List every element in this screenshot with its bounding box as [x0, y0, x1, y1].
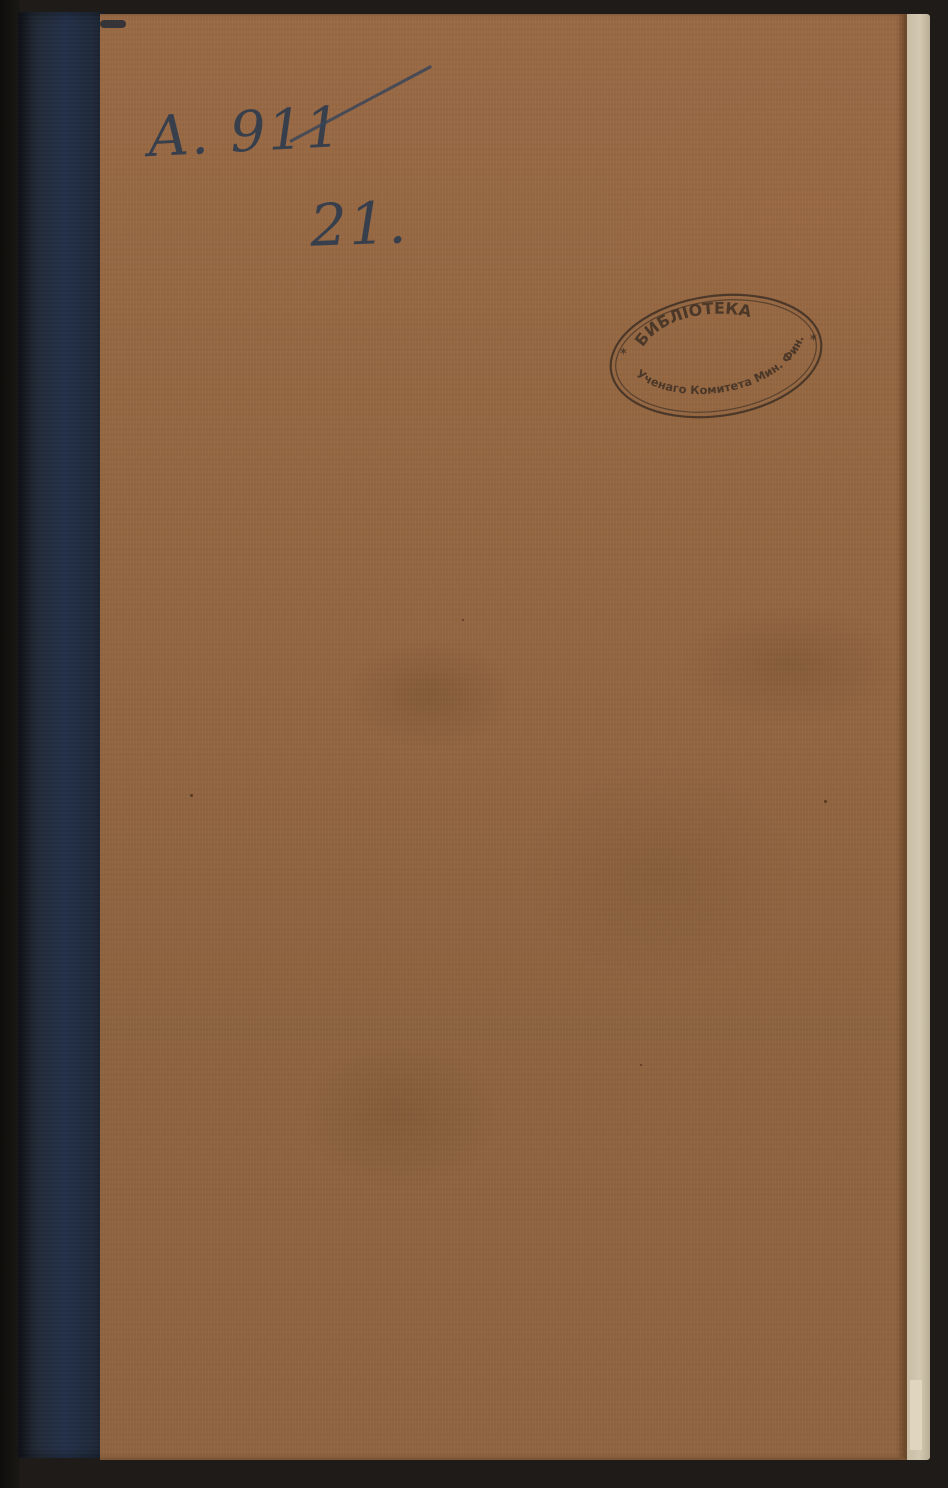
stamp-top-text: БИБЛIОТЕКА — [631, 299, 754, 350]
handwritten-call-number-bottom: 21. — [309, 188, 410, 259]
spine-cloth-overlap — [100, 20, 126, 28]
paper-speck — [190, 794, 193, 797]
library-stamp-oval-icon: БИБЛIОТЕКА Ученаго Комитета Мин. Фин. * … — [608, 292, 824, 420]
scan-background-edge — [0, 0, 20, 1488]
library-stamp: БИБЛIОТЕКА Ученаго Комитета Мин. Фин. * … — [608, 292, 824, 420]
paper-cover — [100, 14, 907, 1460]
scanned-book: A. 911 21. БИБЛIОТЕКА Ученаго Комитета М… — [0, 0, 948, 1488]
stamp-asterisk-right-icon: * — [810, 333, 817, 348]
cloth-spine — [18, 12, 104, 1458]
handwritten-call-number-top: A. 911 — [146, 95, 344, 170]
paper-speck — [824, 800, 827, 803]
paper-speck — [462, 619, 464, 621]
paper-grain-texture — [100, 14, 904, 1458]
stamp-asterisk-left-icon: * — [620, 347, 627, 362]
page-fore-edge-highlight — [910, 1380, 922, 1450]
svg-text:БИБЛIОТЕКА: БИБЛIОТЕКА — [631, 299, 754, 350]
paper-speck — [640, 1064, 642, 1066]
